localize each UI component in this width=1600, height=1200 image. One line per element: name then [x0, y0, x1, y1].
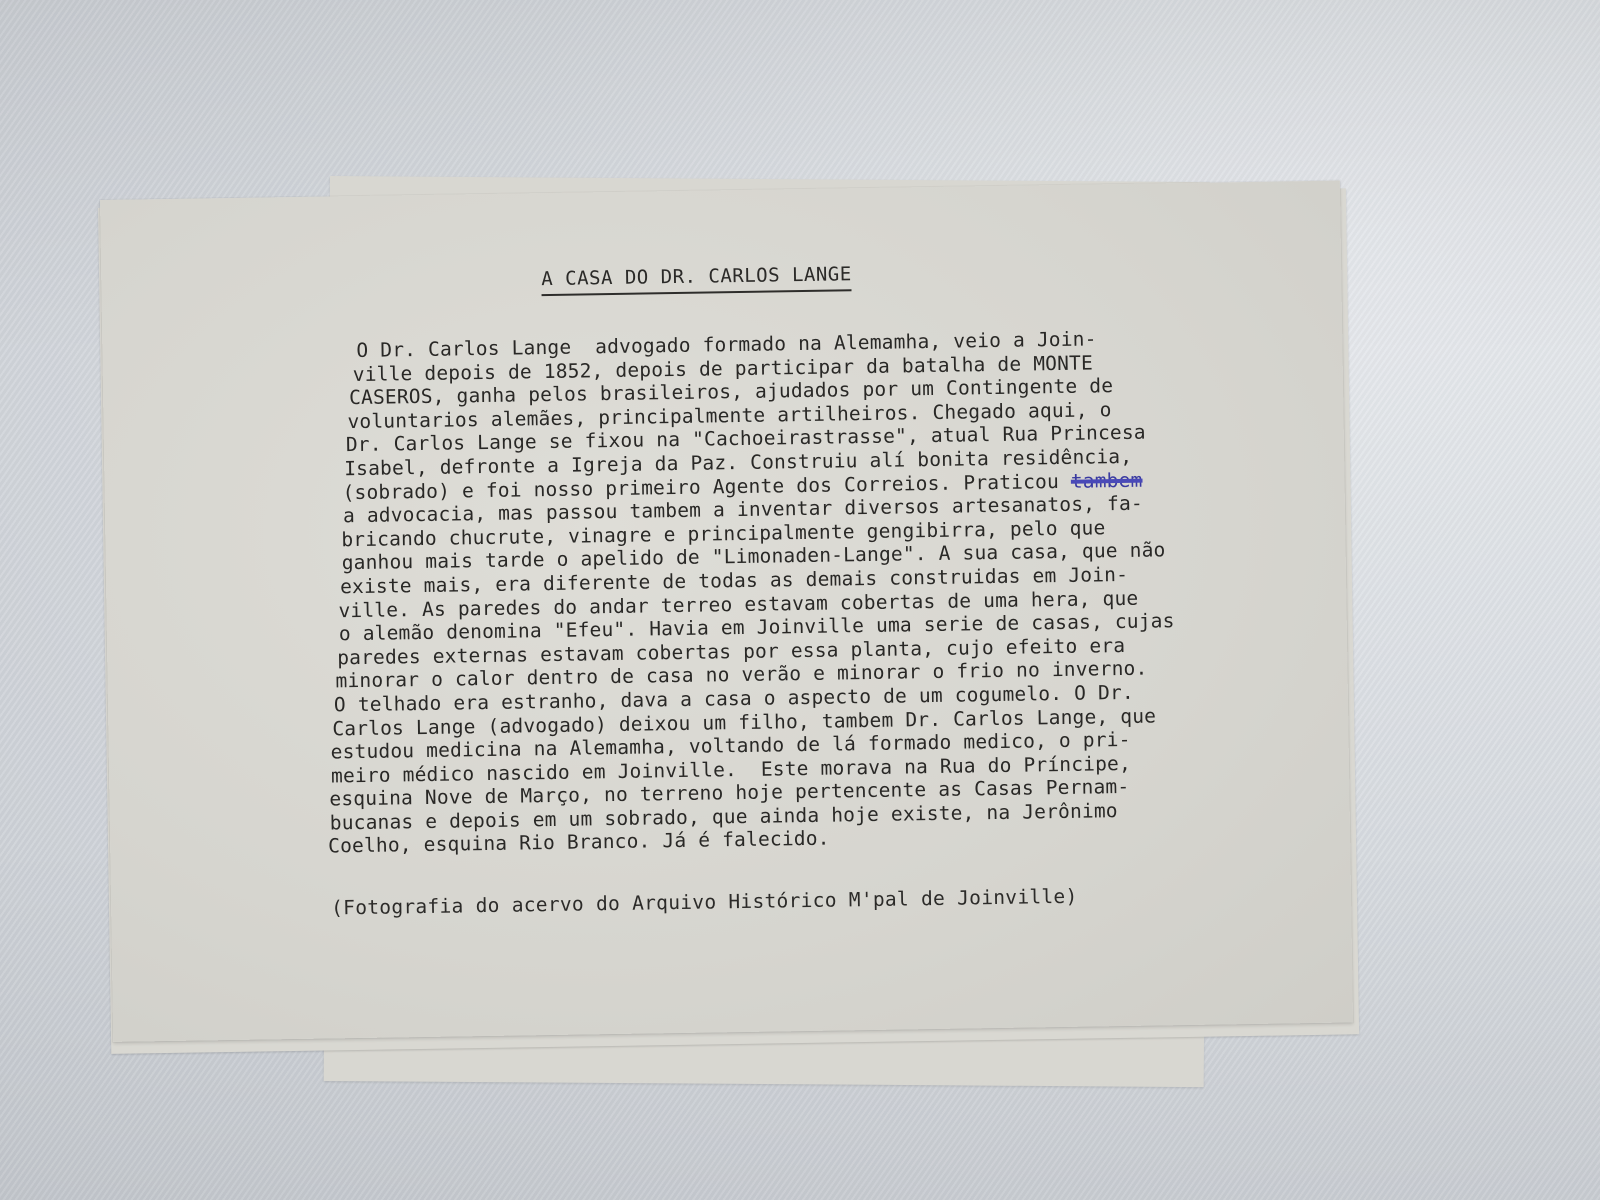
struck-out-word: tambem — [1071, 468, 1143, 492]
document-body: O Dr. Carlos Lange advogado formado na A… — [338, 324, 1346, 859]
document-title: A CASA DO DR. CARLOS LANGE — [541, 263, 852, 296]
typewritten-page: A CASA DO DR. CARLOS LANGE O Dr. Carlos … — [100, 181, 1353, 1042]
photo-credit-caption: (Fotografia do acervo do Arquivo Históri… — [331, 885, 1078, 920]
